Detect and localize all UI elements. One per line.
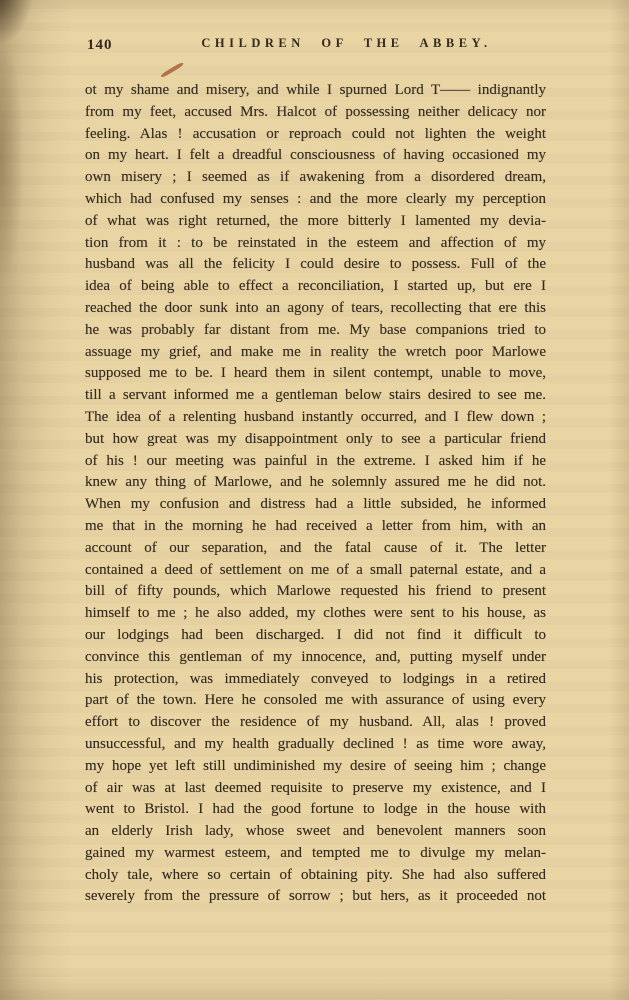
text-line: which had confused my senses : and the m…	[85, 189, 546, 211]
text-line: gained my warmest esteem, and tempted me…	[85, 843, 546, 865]
text-line: contained a deed of settlement on me of …	[85, 560, 546, 582]
text-line: an elderly Irish lady, whose sweet and b…	[85, 821, 546, 843]
text-line: convince this gentleman of my innocence,…	[85, 647, 546, 669]
text-line: bill of fifty pounds, which Marlowe requ…	[85, 581, 546, 603]
running-title: CHILDREN OF THE ABBEY.	[85, 36, 546, 51]
text-line: knew any thing of Marlowe, and he solemn…	[85, 472, 546, 494]
page-header: 140 CHILDREN OF THE ABBEY.	[85, 36, 546, 56]
text-line: he was probably far distant from me. My …	[85, 320, 546, 342]
text-line: on my heart. I felt a dreadful conscious…	[85, 145, 546, 167]
text-line: went to Bristol. I had the good fortune …	[85, 799, 546, 821]
text-line: his protection, was immediately conveyed…	[85, 669, 546, 691]
text-line: husband was all the felicity I could des…	[85, 254, 546, 276]
text-line: account of our separation, and the fatal…	[85, 538, 546, 560]
pen-mark	[160, 62, 184, 78]
text-line: unsuccessful, and my health gradually de…	[85, 734, 546, 756]
text-line: reached the door sunk into an agony of t…	[85, 298, 546, 320]
text-line: idea of being able to effect a reconcili…	[85, 276, 546, 298]
text-line: from my feet, accused Mrs. Halcot of pos…	[85, 102, 546, 124]
text-line: The idea of a relenting husband instantl…	[85, 407, 546, 429]
text-line: of his ! our meeting was painful in the …	[85, 451, 546, 473]
text-line: our lodgings had been discharged. I did …	[85, 625, 546, 647]
text-line: my hope yet left still undiminished my d…	[85, 756, 546, 778]
text-line: but how great was my disappointment only…	[85, 429, 546, 451]
text-line: severely from the pressure of sorrow ; b…	[85, 886, 546, 908]
text-line: himself to me ; he also added, my clothe…	[85, 603, 546, 625]
body-text: ot my shame and misery, and while I spur…	[85, 80, 546, 908]
page-number: 140	[87, 37, 113, 54]
text-line: tion from it : to be reinstated in the e…	[85, 233, 546, 255]
book-page: 140 CHILDREN OF THE ABBEY. ot my shame a…	[0, 0, 629, 1000]
text-line: me that in the morning he had received a…	[85, 516, 546, 538]
text-line: assuage my grief, and make me in reality…	[85, 342, 546, 364]
text-line: till a servant informed me a gentleman b…	[85, 385, 546, 407]
text-line: choly tale, where so certain of obtainin…	[85, 865, 546, 887]
text-line: own misery ; I seemed as if awakening fr…	[85, 167, 546, 189]
text-line: When my confusion and distress had a lit…	[85, 494, 546, 516]
text-line: of what was right returned, the more bit…	[85, 211, 546, 233]
text-line: effort to discover the residence of my h…	[85, 712, 546, 734]
text-line: supposed me to be. I heard them in silen…	[85, 363, 546, 385]
text-line: part of the town. Here he consoled me wi…	[85, 690, 546, 712]
text-line: of air was at last deemed requisite to p…	[85, 778, 546, 800]
text-line: ot my shame and misery, and while I spur…	[85, 80, 546, 102]
text-line: feeling. Alas ! accusation or reproach c…	[85, 124, 546, 146]
